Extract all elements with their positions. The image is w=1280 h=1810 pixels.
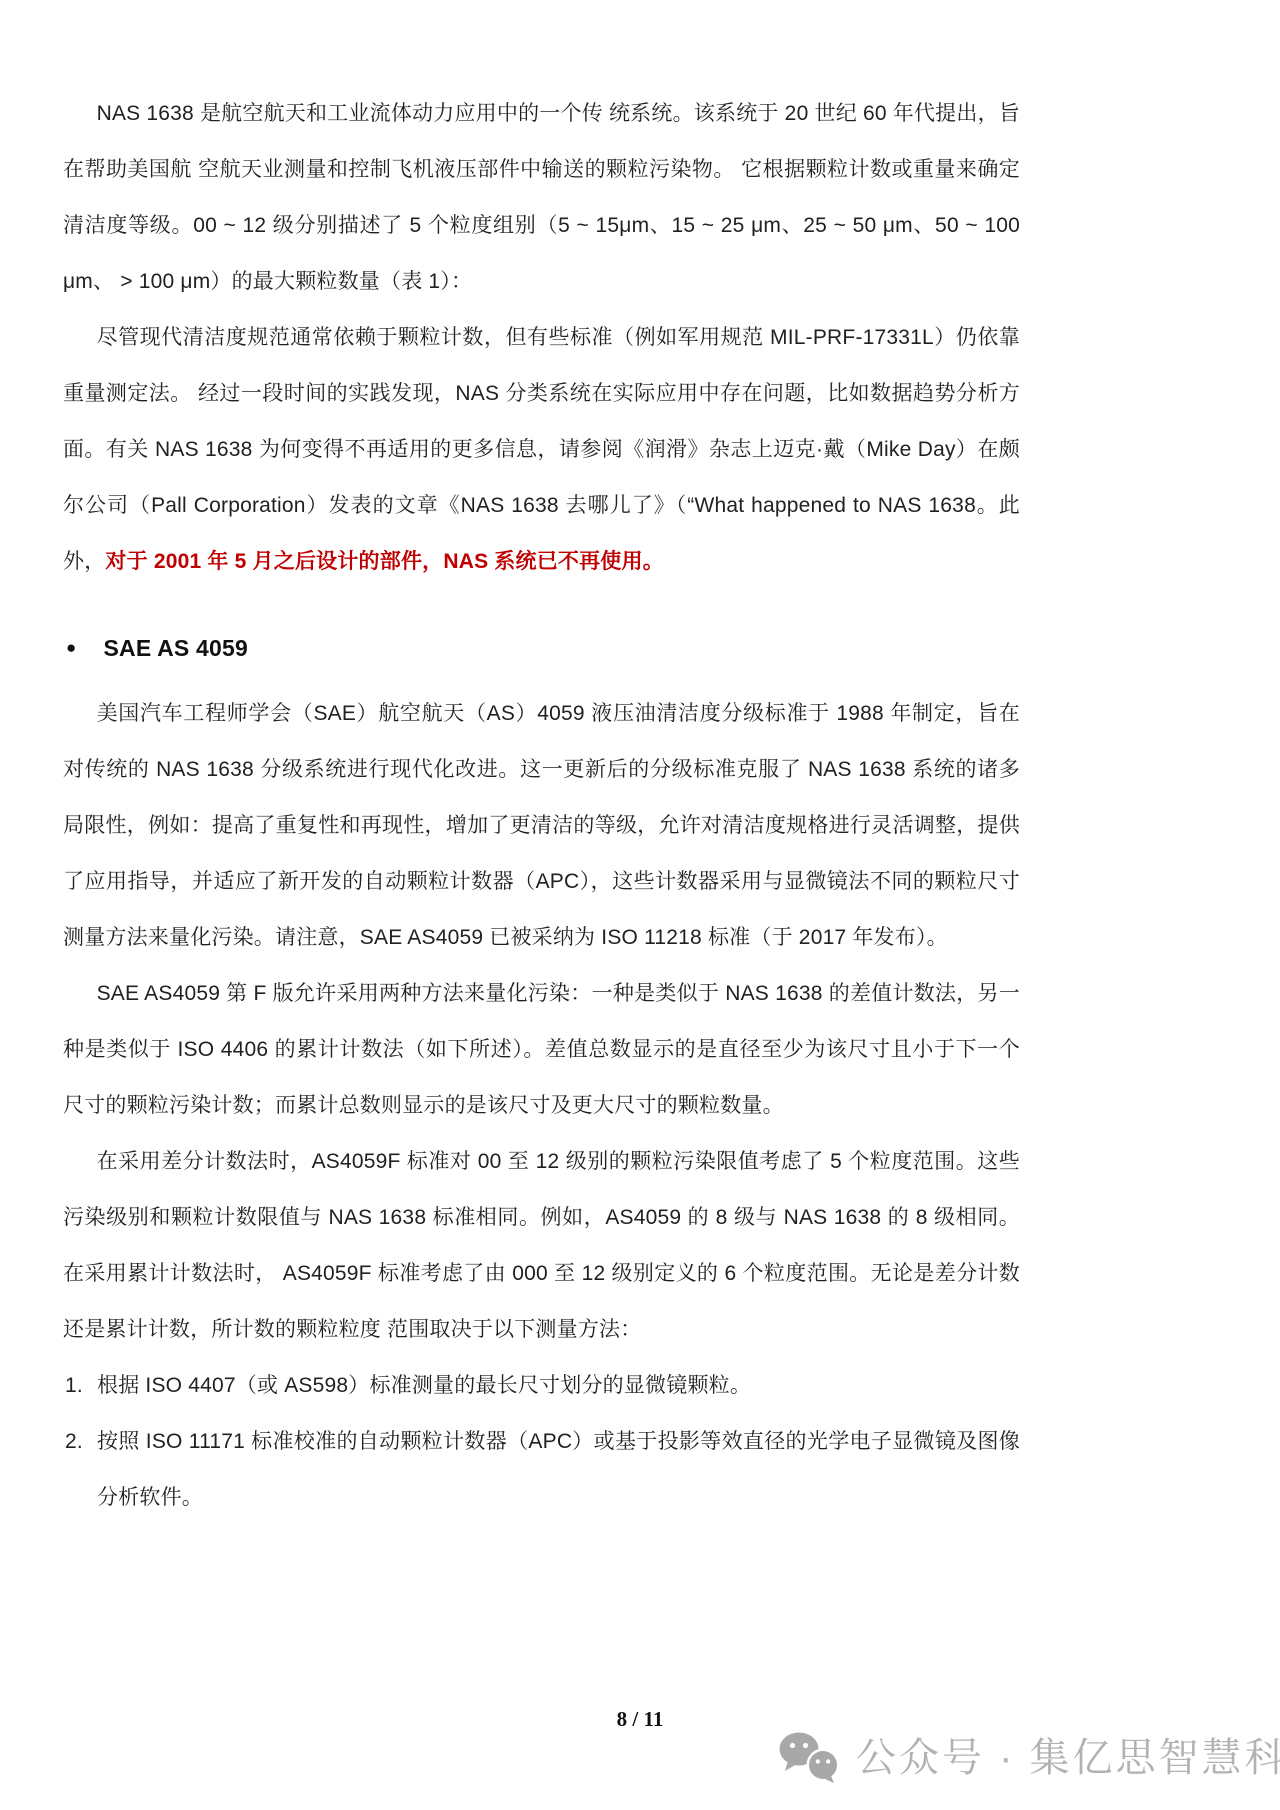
watermark: 公众号 · 集亿思智慧科技 xyxy=(778,1730,1280,1786)
bullet-icon: ● xyxy=(66,620,76,676)
document-body: NAS 1638 是航空航天和工业流体动力应用中的一个传 统系统。该系统于 20… xyxy=(63,86,1020,1526)
paragraph-sae-as4059-intro: 美国汽车工程师学会（SAE）航空航天（AS）4059 液压油清洁度分级标准于 1… xyxy=(63,686,1020,966)
red-emphasis-nas-discontinued: 对于 2001 年 5 月之后设计的部件，NAS 系统已不再使用。 xyxy=(105,550,664,573)
wechat-icon xyxy=(778,1732,842,1784)
list-item-2-text: 按照 ISO 11171 标准校准的自动颗粒计数器（APC）或基于投影等效直径的… xyxy=(97,1430,1020,1509)
watermark-text: 公众号 · 集亿思智慧科技 xyxy=(856,1730,1280,1786)
document-page: NAS 1638 是航空航天和工业流体动力应用中的一个传 统系统。该系统于 20… xyxy=(0,0,1280,1810)
paragraph-nas-1638-intro: NAS 1638 是航空航天和工业流体动力应用中的一个传 统系统。该系统于 20… xyxy=(63,86,1020,310)
paragraph-as4059f-methods: SAE AS4059 第 F 版允许采用两种方法来量化污染：一种是类似于 NAS… xyxy=(63,966,1020,1134)
list-item-2: 2. 按照 ISO 11171 标准校准的自动颗粒计数器（APC）或基于投影等效… xyxy=(63,1414,1020,1526)
paragraph-nas-1638-issues: 尽管现代清洁度规范通常依赖于颗粒计数，但有些标准（例如军用规范 MIL-PRF-… xyxy=(63,310,1020,590)
paragraph-nas-1638-issues-text: 尽管现代清洁度规范通常依赖于颗粒计数，但有些标准（例如军用规范 MIL-PRF-… xyxy=(63,326,1020,573)
paragraph-differential-counting: 在采用差分计数法时，AS4059F 标准对 00 至 12 级别的颗粒污染限值考… xyxy=(63,1134,1020,1358)
list-item-1: 1. 根据 ISO 4407（或 AS598）标准测量的最长尺寸划分的显微镜颗粒… xyxy=(63,1358,1020,1414)
list-item-2-number: 2. xyxy=(65,1414,83,1470)
section-heading-label: SAE AS 4059 xyxy=(103,620,248,676)
list-item-1-text: 根据 ISO 4407（或 AS598）标准测量的最长尺寸划分的显微镜颗粒。 xyxy=(97,1374,751,1397)
section-heading-sae-as-4059: ● SAE AS 4059 xyxy=(63,620,1020,676)
measurement-methods-list: 1. 根据 ISO 4407（或 AS598）标准测量的最长尺寸划分的显微镜颗粒… xyxy=(63,1358,1020,1526)
list-item-1-number: 1. xyxy=(65,1358,83,1414)
